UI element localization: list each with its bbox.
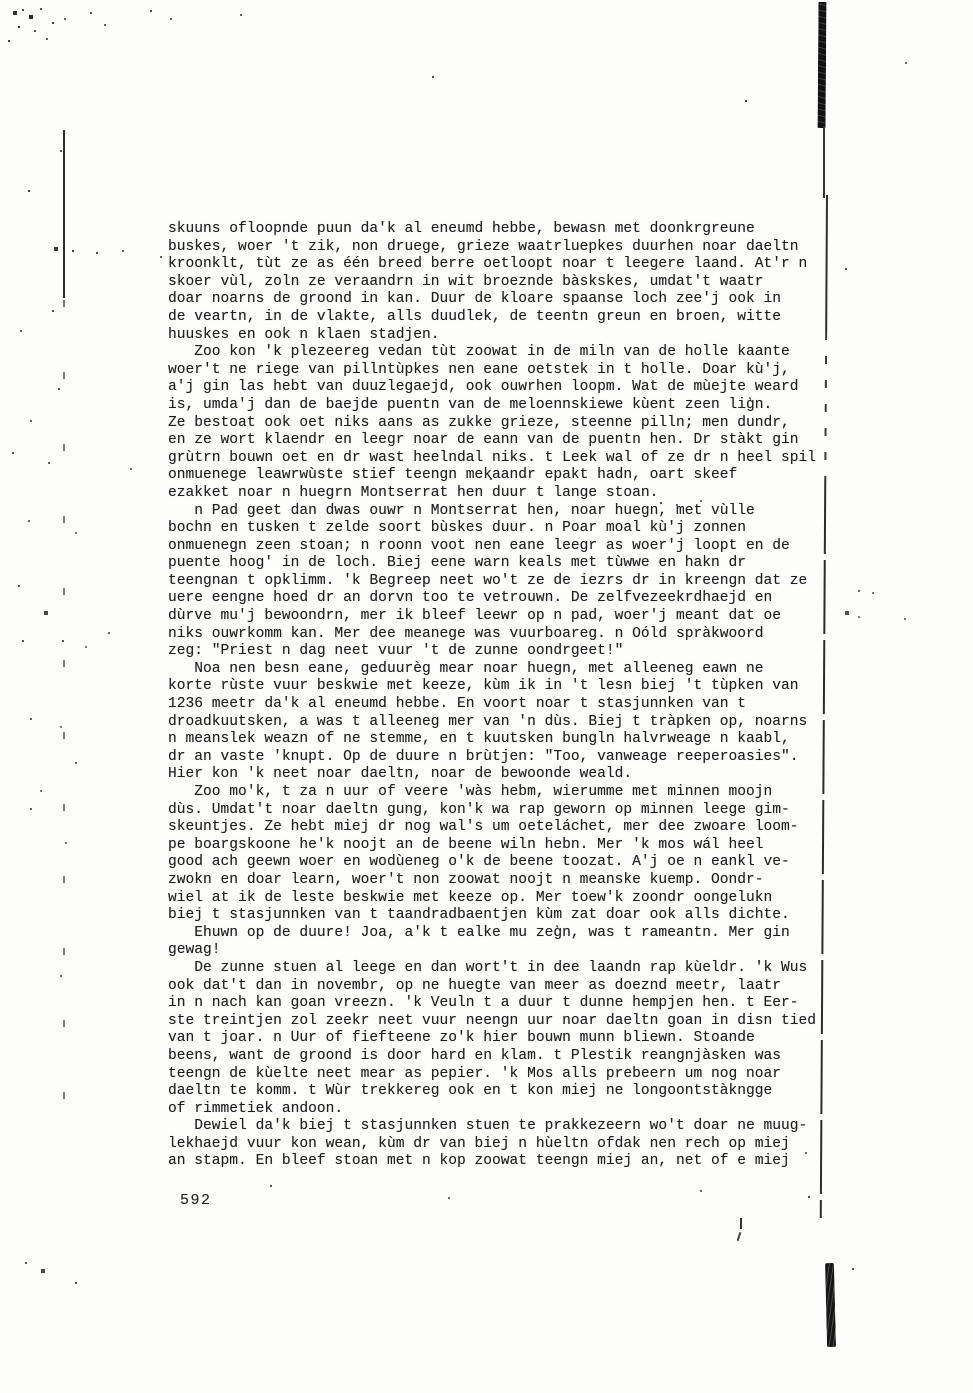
text-line: De zunne stuen al leege en dan wort't in… [168,960,848,978]
text-line: good ach geewn woer en wodùeneg o'k de b… [168,854,848,872]
text-line: Ze bestoat ook oet niks aans as zukke gr… [168,415,848,433]
text-line: uere eengne hoed dr an dorvn too te vetr… [168,590,848,608]
text-line: of rimmetiek andoon. [168,1101,848,1119]
stray-pen-mark [740,1218,742,1229]
text-line: onmuenegn zeen stoan; n roonn voot nen e… [168,538,848,556]
text-line: puente hoog' in de loch. Biej eene warn … [168,555,848,573]
text-line: bochn en tusken t zelde soort bùskes duu… [168,520,848,538]
text-line: Ehuwn op de duure! Joa, a'k t ealke mu z… [168,925,848,943]
text-line: ste treintjen zol zeekr neet vuur neengn… [168,1013,848,1031]
text-line: dùs. Umdat't noar daeltn gung, kon'k wa … [168,802,848,820]
text-line: zeg: "Priest n dag neet vuur 't de zunne… [168,643,848,661]
text-line: huuskes en ook n klaen stadjen. [168,327,848,345]
binding-mark-top [818,2,827,128]
text-line: n Pad geet dan dwas ouwr n Montserrat he… [168,503,848,521]
text-line: en ze wort klaendr en leegr noar de eann… [168,432,848,450]
binding-mark-bottom [825,1263,836,1347]
text-line: grùtrn bouwn oet en dr wast heelndal nik… [168,450,848,468]
scan-speckle-scattered [0,0,2,2]
text-line: woer't ne riege van pillntùpkes nen eane… [168,362,848,380]
text-line: skoer vùl, zoln ze veraandrn in wit broe… [168,274,848,292]
text-line: Hier kon 'k neet noar daeltn, noar de be… [168,766,848,784]
text-line: de veartn, in de vlakte, alls duudlek, d… [168,309,848,327]
text-line: droadkuutsken, a was t alleeneg mer van … [168,714,848,732]
text-line: buskes, woer 't zik, non druege, grieze … [168,239,848,257]
page-text: skuuns ofloopnde puun da'k al eneumd heb… [168,221,848,1171]
text-line: a'j gin las hebt van duuzlegaejd, ook ou… [168,379,848,397]
text-line: wiel at ik de leste beskwie met keeze op… [168,890,848,908]
scanned-page: skuuns ofloopnde puun da'k al eneumd heb… [0,0,973,1393]
text-line: dr an vaste 'knupt. Op de duure n brùtje… [168,749,848,767]
text-line: Noa nen besn eane, geduurèg mear noar hu… [168,661,848,679]
right-margin-rule-upper [823,126,825,198]
text-line: Dewiel da'k biej t stasjunnken stuen te … [168,1118,848,1136]
page-number: 592 [180,1192,212,1209]
text-line: niks ouwrkomm kan. Mer dee meanege was v… [168,626,848,644]
text-line: dùrve mu'j bewoondrn, mer ik bleef leewr… [168,608,848,626]
text-line: biej t stasjunnken van t taandradbaentje… [168,907,848,925]
text-line: n meanslek weazn of ne stemme, en t kuut… [168,731,848,749]
text-line: in n nach kan goan vreezn. 'k Veuln t a … [168,995,848,1013]
text-line: ezakket noar n huegrn Montserrat hen duu… [168,485,848,503]
text-line: skeuntjes. Ze hebt miej dr nog wal's um … [168,819,848,837]
text-line: skuuns ofloopnde puun da'k al eneumd heb… [168,221,848,239]
text-line: van t joar. n Uur of fiefteene zo'k hier… [168,1030,848,1048]
text-line: daeltn te komm. t Wùr trekkereg ook en t… [168,1083,848,1101]
text-line: teengn de kùelte neet mear as pepier. 'k… [168,1066,848,1084]
text-line: kroonklt, tùt ze as één breed berre oetl… [168,256,848,274]
left-margin-rule-dashed [63,300,65,1160]
text-line: gewag! [168,942,848,960]
stray-pen-mark [737,1232,741,1241]
text-line: an stapm. En bleef stoan met n kop zoowa… [168,1153,848,1171]
text-line: Zoo mo'k, t za n uur of veere 'wàs hebm,… [168,784,848,802]
text-line: beens, want de groond is door hard en kl… [168,1048,848,1066]
text-line: onmuenege leawrwùste stief teengn mekaan… [168,467,848,485]
text-line: lekhaejd vuur kon wean, kùm dr van biej … [168,1136,848,1154]
text-line: 1236 meetr da'k al eneumd hebbe. En voor… [168,696,848,714]
text-line: doar noarns de groond in kan. Duur de kl… [168,291,848,309]
text-line: korte rùste vuur beskwie met keeze, kùm … [168,678,848,696]
text-line: teengnan t opklimm. 'k Begreep neet wo't… [168,573,848,591]
text-line: zwokn en doar learn, woer't non zoowat n… [168,872,848,890]
text-line: is, umda'j dan de baejde puentn van de m… [168,397,848,415]
text-line: Zoo kon 'k plezeereg vedan tùt zoowat in… [168,344,848,362]
text-line: pe boargskoone he'k noojt an de beene wi… [168,837,848,855]
left-margin-rule [63,130,65,298]
text-line: ook dat't dan in novembr, op ne huegte v… [168,978,848,996]
